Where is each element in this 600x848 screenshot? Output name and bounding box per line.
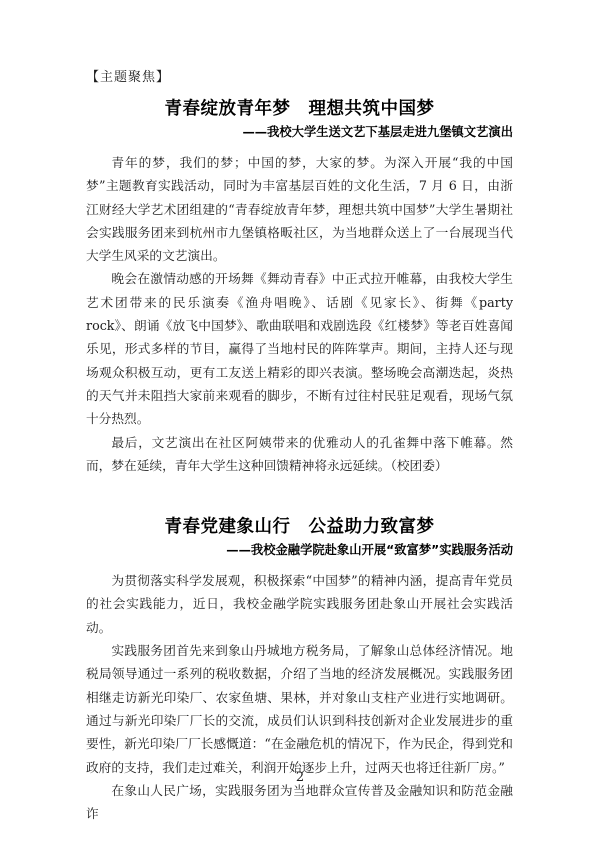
page-number: 2	[0, 770, 600, 786]
section-label: 【主题聚焦】	[86, 70, 513, 85]
article-youth-dream: 青春绽放青年梦 理想共筑中国梦 ——我校大学生送文艺下基层走进九堡镇文艺演出 青…	[86, 97, 513, 477]
body-paragraph: 晚会在激情动感的开场舞《舞动青春》中正式拉开帷幕，由我校大学生艺术团带来的民乐演…	[86, 267, 513, 430]
article-title: 青春党建象山行 公益助力致富梦	[86, 515, 513, 539]
body-paragraph: 为贯彻落实科学发展观，积极探索“中国梦”的精神内涵，提高青年党员的社会实践能力，…	[86, 569, 513, 639]
document-page: 【主题聚焦】 青春绽放青年梦 理想共筑中国梦 ——我校大学生送文艺下基层走进九堡…	[0, 0, 600, 848]
body-paragraph: 最后，文艺演出在社区阿姨带来的优雅动人的孔雀舞中落下帷幕。然而，梦在延续，青年大…	[86, 431, 513, 478]
article-subtitle: ——我校大学生送文艺下基层走进九堡镇文艺演出	[86, 123, 513, 141]
body-paragraph: 实践服务团首先来到象山丹城地方税务局，了解象山总体经济情况。地税局领导通过一系列…	[86, 639, 513, 779]
article-body: 青年的梦，我们的梦；中国的梦，大家的梦。为深入开展“我的中国梦”主题教育实践活动…	[86, 151, 513, 477]
body-paragraph: 青年的梦，我们的梦；中国的梦，大家的梦。为深入开展“我的中国梦”主题教育实践活动…	[86, 151, 513, 267]
article-body: 为贯彻落实科学发展观，积极探索“中国梦”的精神内涵，提高青年党员的社会实践能力，…	[86, 569, 513, 825]
article-subtitle: ——我校金融学院赴象山开展“致富梦”实践服务活动	[86, 541, 513, 559]
document-content: 【主题聚焦】 青春绽放青年梦 理想共筑中国梦 ——我校大学生送文艺下基层走进九堡…	[86, 70, 513, 825]
article-title: 青春绽放青年梦 理想共筑中国梦	[86, 97, 513, 121]
